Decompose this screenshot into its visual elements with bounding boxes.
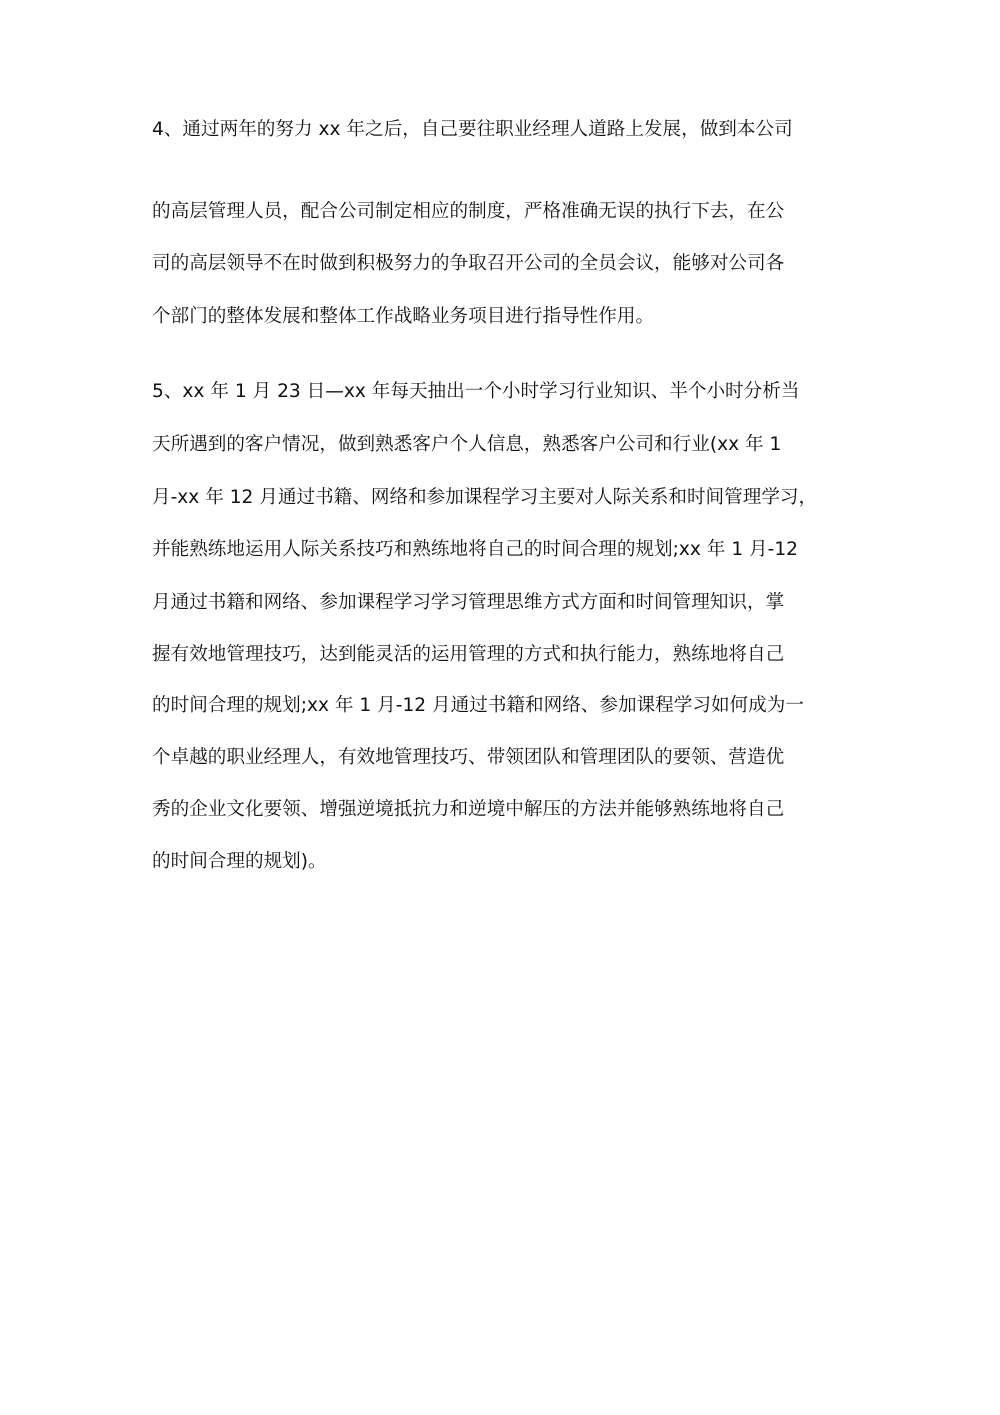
text-line: 的时间合理的规划;xx 年 1 月-12 月通过书籍和网络、参加课程学习如何成为…: [152, 694, 804, 718]
text-line: 天所遇到的客户情况，做到熟悉客户个人信息，熟悉客户公司和行业(xx 年 1: [152, 433, 781, 457]
text-line: 月-xx 年 12 月通过书籍、网络和参加课程学习主要对人际关系和时间管理学习，: [152, 486, 817, 510]
document-page: 4、通过两年的努力 xx 年之后，自己要往职业经理人道路上发展，做到本公司 的高…: [0, 0, 1000, 1415]
text-line: 5、xx 年 1 月 23 日—xx 年每天抽出一个小时学习行业知识、半个小时分…: [152, 380, 799, 404]
text-line: 个卓越的职业经理人，有效地管理技巧、带领团队和管理团队的要领、营造优: [152, 746, 784, 770]
text-line: 的高层管理人员，配合公司制定相应的制度，严格准确无误的执行下去，在公: [152, 200, 784, 224]
text-line: 司的高层领导不在时做到积极努力的争取召开公司的全员会议，能够对公司各: [152, 252, 784, 276]
text-line: 的时间合理的规划)。: [152, 850, 327, 874]
text-line: 并能熟练地运用人际关系技巧和熟练地将自己的时间合理的规划;xx 年 1 月-12: [152, 538, 798, 562]
text-line: 握有效地管理技巧，达到能灵活的运用管理的方式和执行能力，熟练地将自己: [152, 643, 784, 667]
text-line: 个部门的整体发展和整体工作战略业务项目进行指导性作用。: [152, 305, 654, 329]
text-line: 4、通过两年的努力 xx 年之后，自己要往职业经理人道路上发展，做到本公司: [152, 118, 793, 142]
text-line: 秀的企业文化要领、增强逆境抵抗力和逆境中解压的方法并能够熟练地将自己: [152, 798, 784, 822]
text-line: 月通过书籍和网络、参加课程学习学习管理思维方式方面和时间管理知识，掌: [152, 591, 784, 615]
